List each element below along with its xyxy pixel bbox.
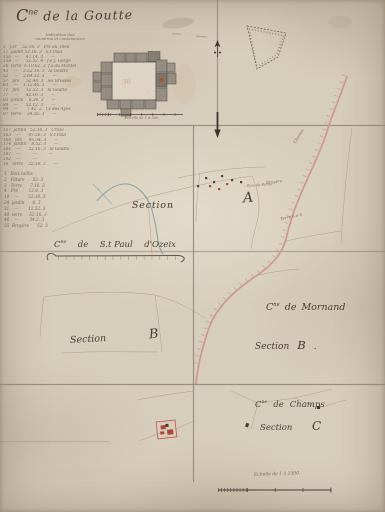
plan-courtyard	[112, 62, 156, 100]
building-plan	[93, 52, 183, 117]
legend-row: 14 terre 32.16. 3 —	[3, 162, 91, 167]
cadastral-map-sheet: Cne de la Goutte Indication des numéros …	[0, 0, 385, 512]
section-c-label: Section	[260, 424, 292, 433]
north-arrow-icon	[214, 40, 221, 57]
hamlet-red	[156, 420, 177, 439]
title-initial: C	[16, 6, 29, 25]
legend-block-2: 157 jardin 52.16. 3 Croze163 — 47.56. 3 …	[3, 128, 91, 166]
legend-row: 97 terre 34.56. 3 —	[3, 112, 95, 117]
ink-bleed-1	[172, 64, 196, 104]
section-a-letter: A	[242, 191, 253, 206]
commune-champs-name: Champs	[290, 401, 325, 410]
section-b-left-letter: B	[148, 328, 159, 342]
pencil-path	[341, 128, 352, 244]
map-scale-bar	[218, 488, 331, 493]
commune-st-paul-rest: d'Ozeix	[144, 241, 176, 250]
legend-header-line2: numéros et contenances	[24, 37, 96, 41]
graphite-smudge-2	[328, 16, 352, 28]
commune-champs-prefix: Cne	[255, 401, 267, 410]
title-superscript: ne	[28, 7, 38, 16]
plan-scale-caption: Echelle de 1 à 500.	[96, 117, 188, 121]
legend-block-3: 1 Bois taillis2 Pâture 52. 33 Terre 7.16…	[4, 171, 76, 229]
commune-st-paul-label: Cne de S.t Paul d'Ozeix	[54, 241, 176, 250]
commune-mornand-de: de	[285, 303, 297, 313]
section-b-right: Section B .	[255, 340, 317, 352]
commune-champs-label: Cne de Champs	[255, 401, 325, 410]
graphite-smudge-1	[161, 16, 194, 30]
boundary-st-paul	[47, 253, 184, 262]
village-buildings	[197, 175, 242, 190]
section-a-number: 20	[168, 205, 173, 209]
commune-mornand-name: Mornand	[301, 303, 345, 313]
commune-mornand-label: Cne de Mornand	[266, 303, 345, 313]
pencil-dash-2	[196, 36, 207, 37]
building-speck-1	[245, 423, 249, 428]
section-b-left-label: Section	[70, 334, 107, 345]
legend-block-1: 3 f.er 52.16. 3 Pré du Theil17 juillet 5…	[3, 45, 95, 117]
legend-header: Indication des numéros et contenances	[24, 33, 96, 42]
section-b-right-dot: .	[314, 343, 317, 352]
section-b-right-letter: B	[297, 340, 305, 352]
legend-row: 55 Bruyère 52. 3	[4, 223, 76, 229]
plan-ghost-number-1: 36	[122, 78, 132, 86]
title-rest: de la Goutte	[43, 7, 133, 24]
parcel-sketch-hatching	[249, 29, 284, 66]
section-c-letter: C	[312, 420, 321, 432]
section-b-right-label: Section	[255, 343, 289, 352]
map-title: Cne de la Goutte	[16, 6, 133, 24]
commune-champs-de: de	[273, 401, 283, 410]
plan-ghost-number-2: 2	[146, 91, 149, 96]
commune-st-paul-prefix: Cne	[54, 241, 66, 250]
commune-st-paul-de: de	[78, 241, 88, 250]
commune-st-paul-name: S.t Paul	[100, 241, 133, 250]
plan-red-room-mark	[160, 78, 164, 82]
commune-mornand-prefix: Cne	[266, 303, 280, 313]
stream-branch	[93, 184, 112, 204]
